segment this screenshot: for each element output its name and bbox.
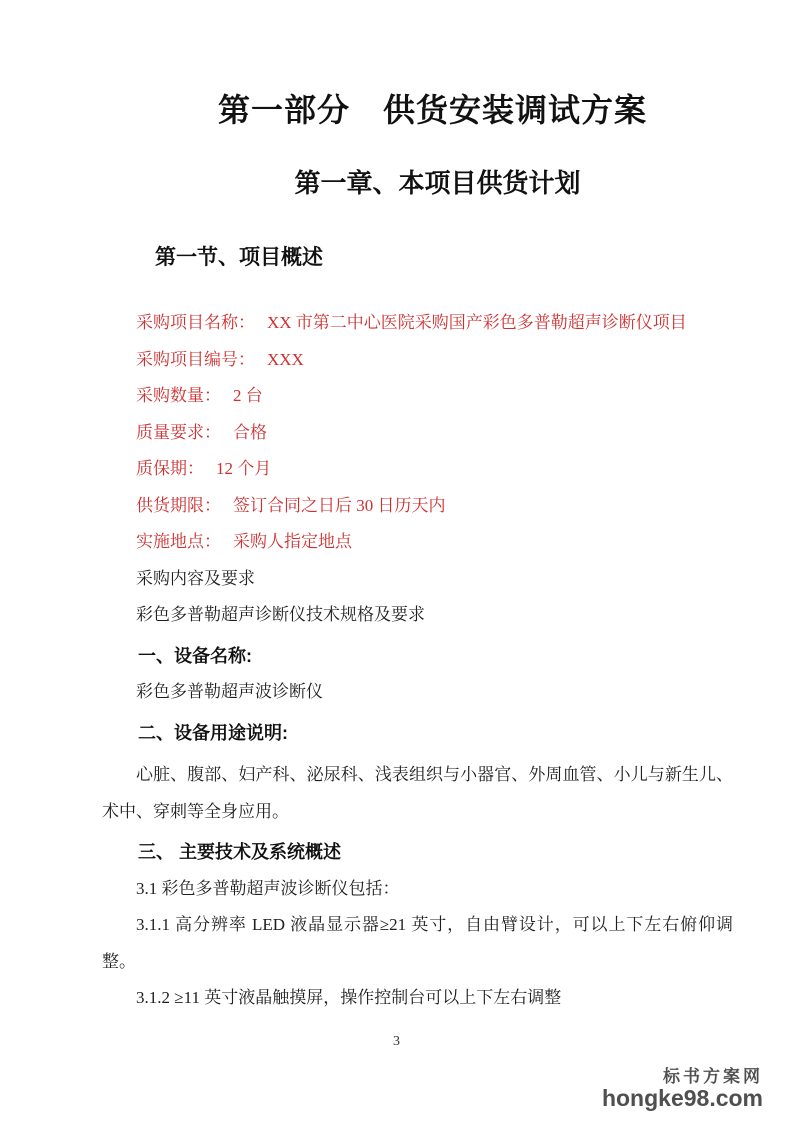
procurement-info-block: 采购项目名称：XX 市第二中心医院采购国产彩色多普勒超声诊断仪项目 采购项目编号… [102, 305, 733, 561]
item-3-1-2: 3.1.2 ≥11 英寸液晶触摸屏，操作控制台可以上下左右调整 [102, 980, 733, 1017]
info-label: 质量要求： [136, 423, 221, 442]
content-requirements-line: 采购内容及要求 [102, 561, 733, 598]
info-row-quality: 质量要求：合格 [102, 415, 733, 452]
heading-device-usage: 二、设备用途说明: [102, 715, 733, 752]
info-row-warranty: 质保期：12 个月 [102, 451, 733, 488]
watermark: 标书方案网 hongke98.com [602, 1068, 763, 1110]
info-value: 12 个月 [216, 459, 271, 478]
info-value: 采购人指定地点 [233, 532, 352, 551]
info-row-delivery-term: 供货期限：签订合同之日后 30 日历天内 [102, 488, 733, 525]
usage-paragraph: 心脏、腹部、妇产科、泌尿科、浅表组织与小器官、外周血管、小儿与新生儿、术中、穿刺… [102, 757, 733, 830]
info-value: 合格 [233, 423, 267, 442]
info-value: XXX [267, 350, 304, 369]
info-label: 供货期限： [136, 496, 221, 515]
info-label: 实施地点： [136, 532, 221, 551]
document-page: 第一部分 供货安装调试方案 第一章、本项目供货计划 第一节、项目概述 采购项目名… [0, 0, 793, 1122]
watermark-site-name: 标书方案网 [602, 1068, 763, 1086]
info-label: 采购项目名称： [136, 313, 255, 332]
info-value: 2 台 [233, 386, 263, 405]
info-label: 质保期： [136, 459, 204, 478]
info-row-location: 实施地点：采购人指定地点 [102, 524, 733, 561]
heading-main-tech: 三、 主要技术及系统概述 [102, 834, 733, 871]
info-value: XX 市第二中心医院采购国产彩色多普勒超声诊断仪项目 [267, 313, 687, 332]
main-title: 第一部分 供货安装调试方案 [102, 0, 733, 130]
page-number: 3 [0, 1034, 793, 1050]
chapter-title: 第一章、本项目供货计划 [102, 168, 733, 198]
item-3-1: 3.1 彩色多普勒超声波诊断仪包括： [102, 871, 733, 908]
info-label: 采购项目编号： [136, 350, 255, 369]
watermark-site-url: hongke98.com [602, 1086, 763, 1110]
heading-device-name: 一、设备名称: [102, 638, 733, 675]
info-row-quantity: 采购数量：2 台 [102, 378, 733, 415]
device-name-line: 彩色多普勒超声波诊断仪 [102, 674, 733, 711]
item-3-1-1: 3.1.1 高分辨率 LED 液晶显示器≥21 英寸，自由臂设计，可以上下左右俯… [102, 907, 733, 980]
spec-requirements-line: 彩色多普勒超声诊断仪技术规格及要求 [102, 597, 733, 634]
info-row-project-number: 采购项目编号：XXX [102, 342, 733, 379]
info-value: 签订合同之日后 30 日历天内 [233, 496, 446, 515]
info-row-project-name: 采购项目名称：XX 市第二中心医院采购国产彩色多普勒超声诊断仪项目 [102, 305, 733, 342]
info-label: 采购数量： [136, 386, 221, 405]
section-title: 第一节、项目概述 [102, 244, 733, 271]
